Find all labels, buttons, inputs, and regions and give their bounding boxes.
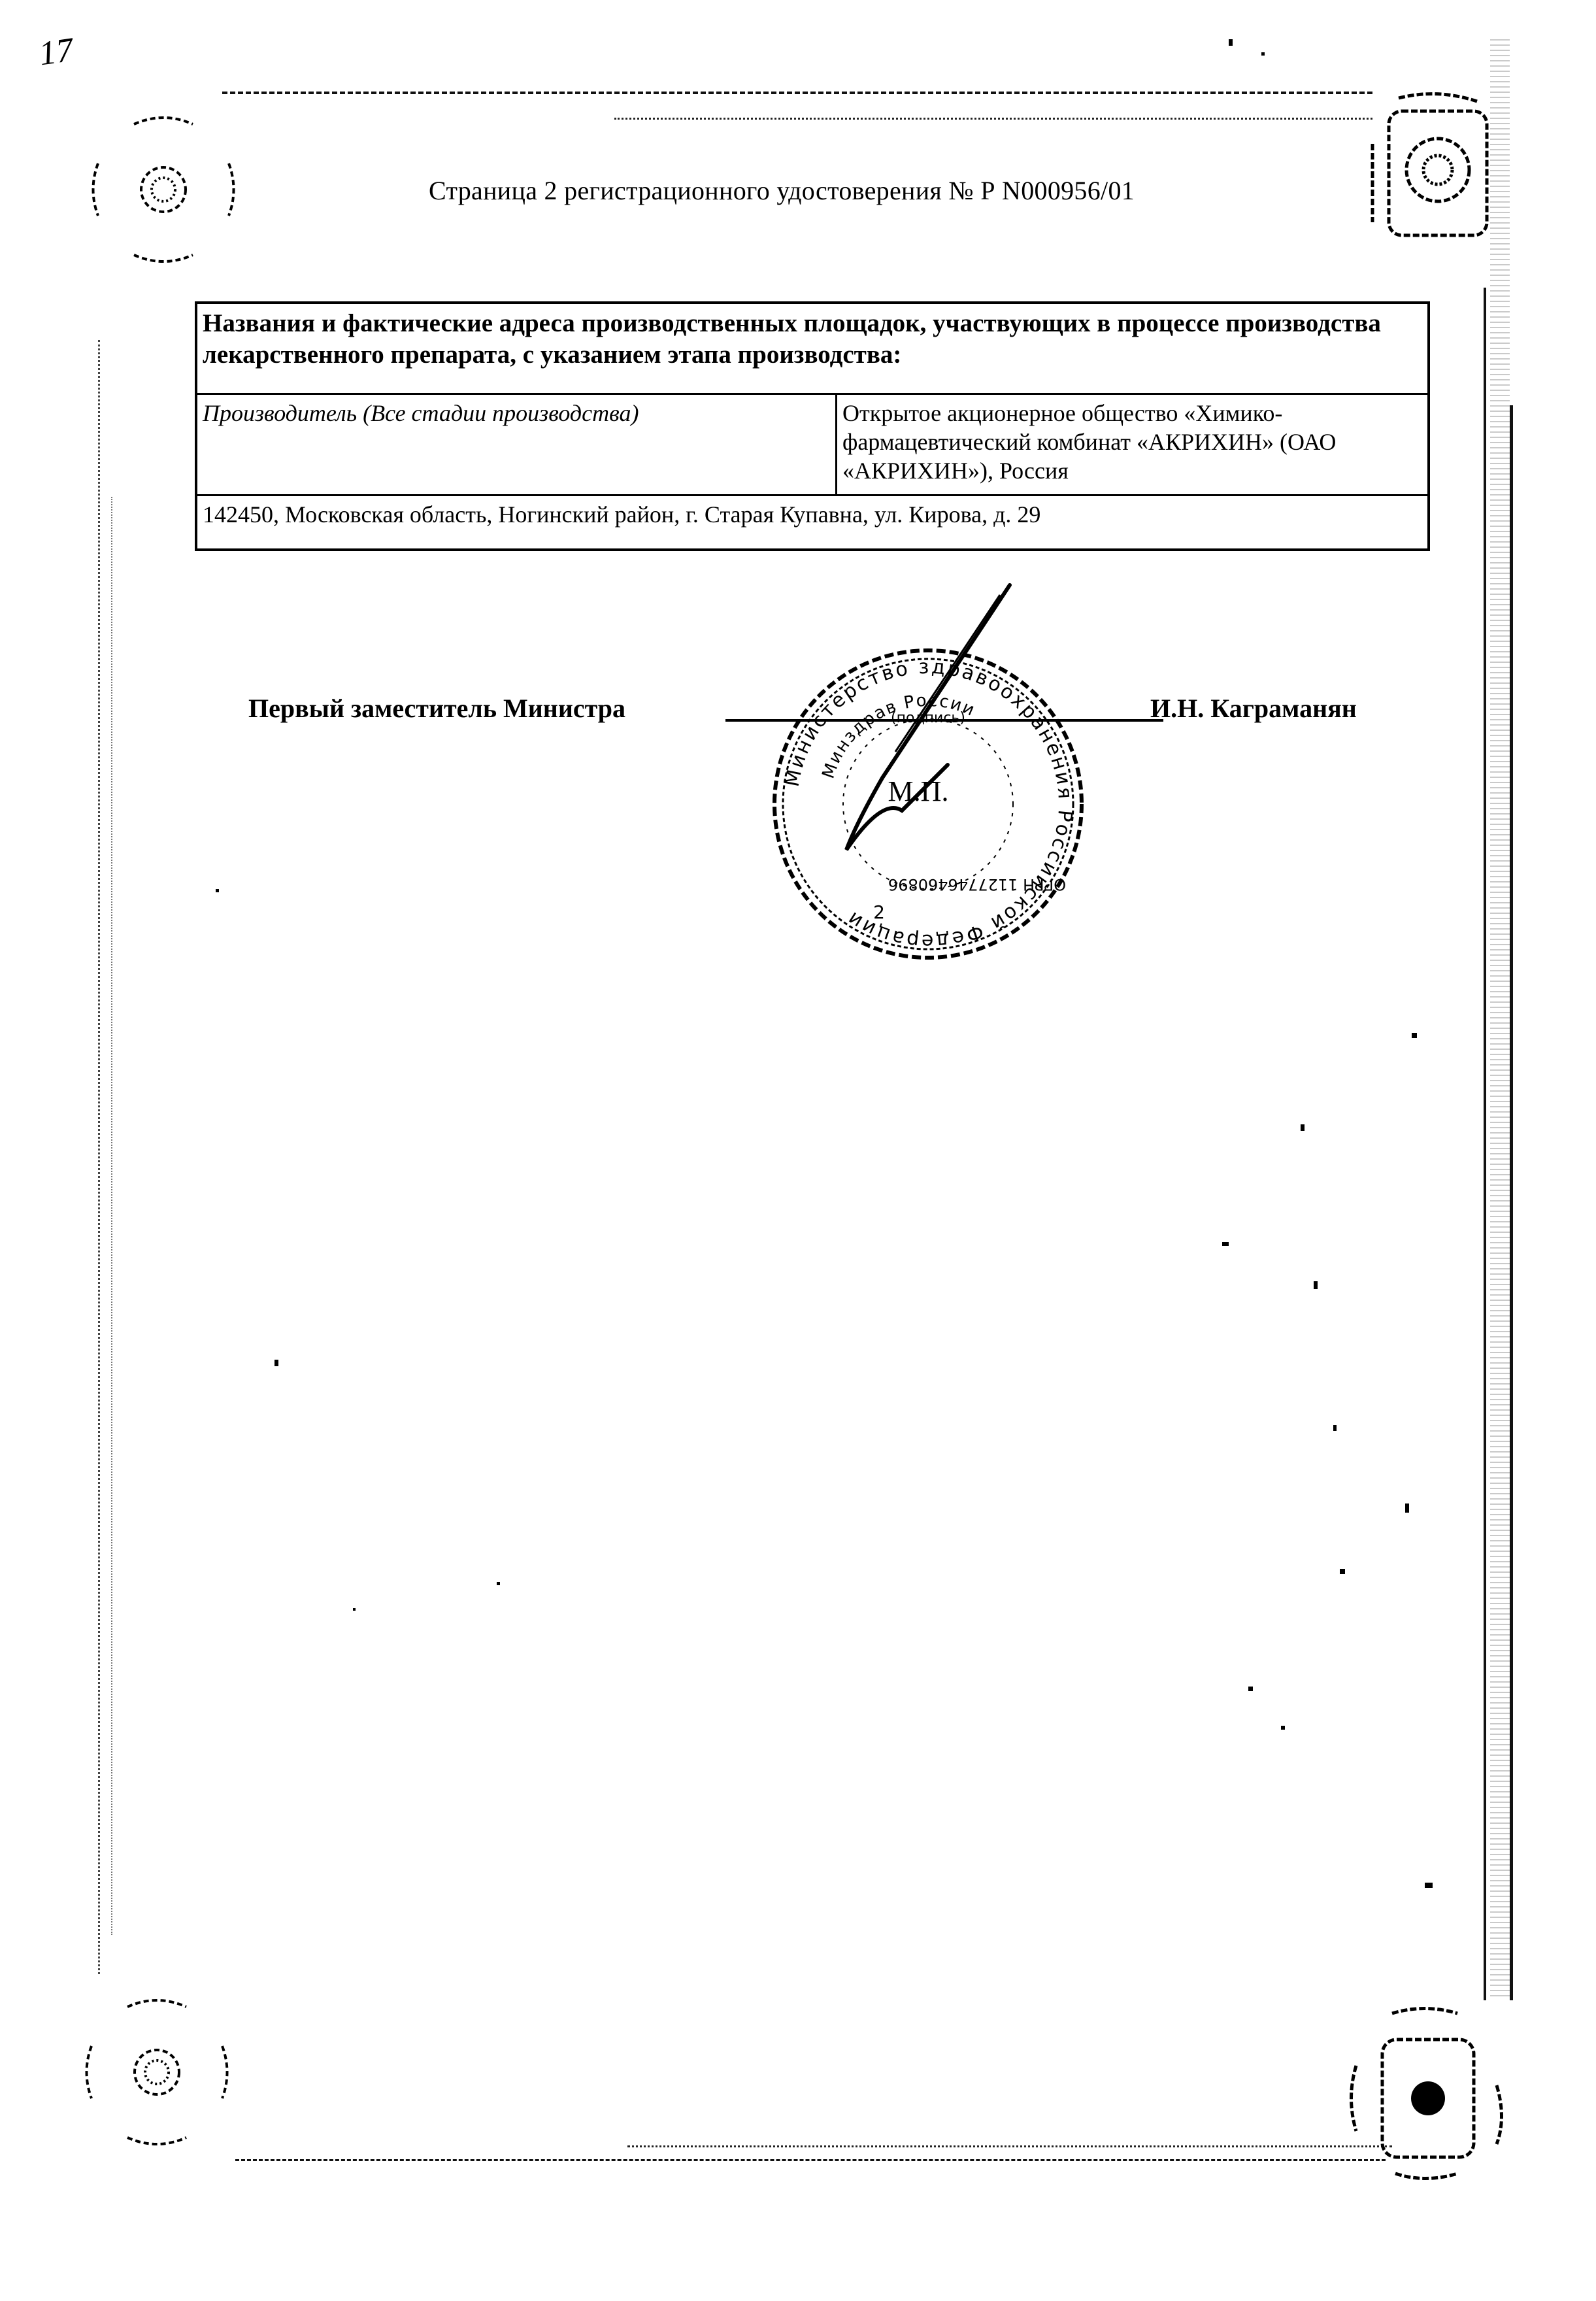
manufacturer-organization-cell: Открытое акционерное общество «Химико-фа… [837, 394, 1429, 495]
manufacturer-address-cell: 142450, Московская область, Ногинский ра… [196, 495, 1429, 550]
corner-ornament-bottom-left-icon [78, 1994, 235, 2151]
page-border-top [222, 92, 1372, 94]
page-border-bottom-inner [627, 2145, 1392, 2147]
signatory-name: И.Н. Каграманян [1150, 693, 1357, 724]
stamp-number: 2 [873, 901, 885, 923]
page-border-bottom [235, 2159, 1386, 2161]
page-border-right-pattern [1490, 39, 1510, 2000]
table-row: Производитель (Все стадии производства) … [196, 394, 1429, 495]
handwritten-signature [784, 582, 1020, 863]
page-header: Страница 2 регистрационного удостоверени… [429, 175, 1135, 206]
table-header-row: Названия и фактические адреса производст… [196, 303, 1429, 394]
corner-ornament-top-left-icon [85, 111, 242, 268]
signatory-position: Первый заместитель Министра [248, 693, 625, 724]
stamp-ogrn: ОГРН 1127746460896 [888, 875, 1066, 894]
page-border-right-outer [1510, 405, 1513, 2000]
corner-ornament-top-right-icon [1359, 65, 1516, 261]
page-border-top-inner [614, 118, 1372, 120]
handwritten-page-mark: 17 [37, 31, 76, 74]
table-header-cell: Названия и фактические адреса производст… [196, 303, 1429, 394]
manufacturer-role-cell: Производитель (Все стадии производства) [196, 394, 837, 495]
page-border-right [1484, 288, 1486, 2000]
manufacturing-sites-table: Названия и фактические адреса производст… [195, 301, 1430, 551]
page-border-left [98, 340, 100, 1974]
corner-ornament-bottom-right-icon [1346, 1987, 1503, 2183]
table-address-row: 142450, Московская область, Ногинский ра… [196, 495, 1429, 550]
page-border-left-inner [111, 497, 112, 1935]
